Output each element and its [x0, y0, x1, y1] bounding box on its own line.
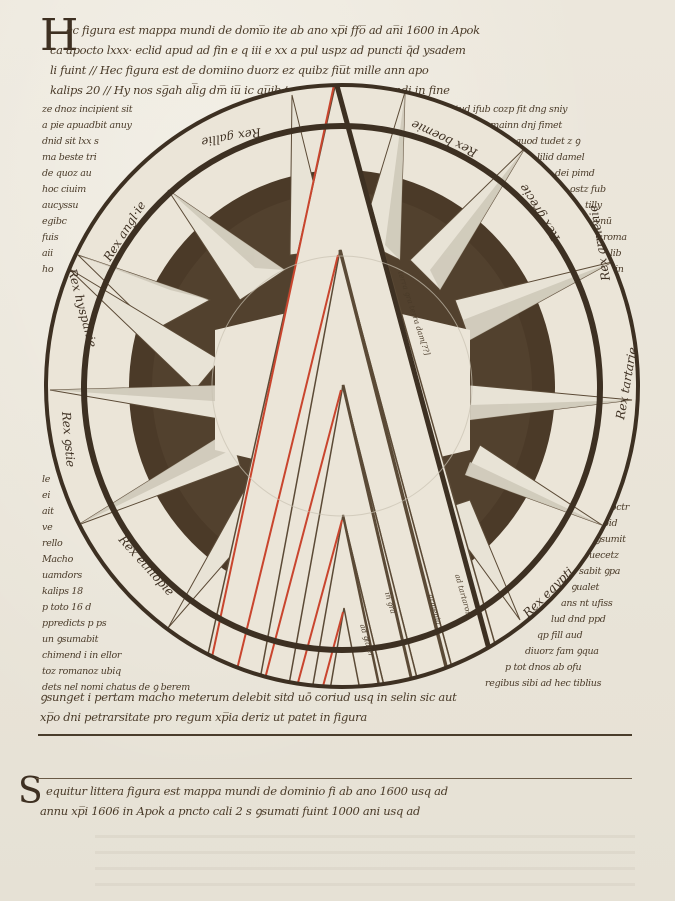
bleed-through-text [95, 835, 635, 895]
text-line: equitur littera figura est mappa mundi d… [46, 781, 636, 801]
text-line: ꝯsunget i pertam macho meterum delebit s… [40, 687, 640, 707]
mappa-mundi-diagram: Rex gallie Rex boemie Rex angl·ie Rex hy… [0, 0, 675, 901]
lower-rule [36, 778, 632, 779]
decorated-initial-s: S [18, 770, 43, 814]
text-line: xp̅o dni petrarsitate pro regum xp̅ia de… [40, 707, 560, 727]
text-line: annu xp̅i 1606 in Apok a pncto cali 2 s … [40, 801, 636, 821]
manuscript-page: H ec figura est mappa mundi de domi̅o it… [0, 0, 675, 901]
horizontal-rule [38, 734, 632, 736]
